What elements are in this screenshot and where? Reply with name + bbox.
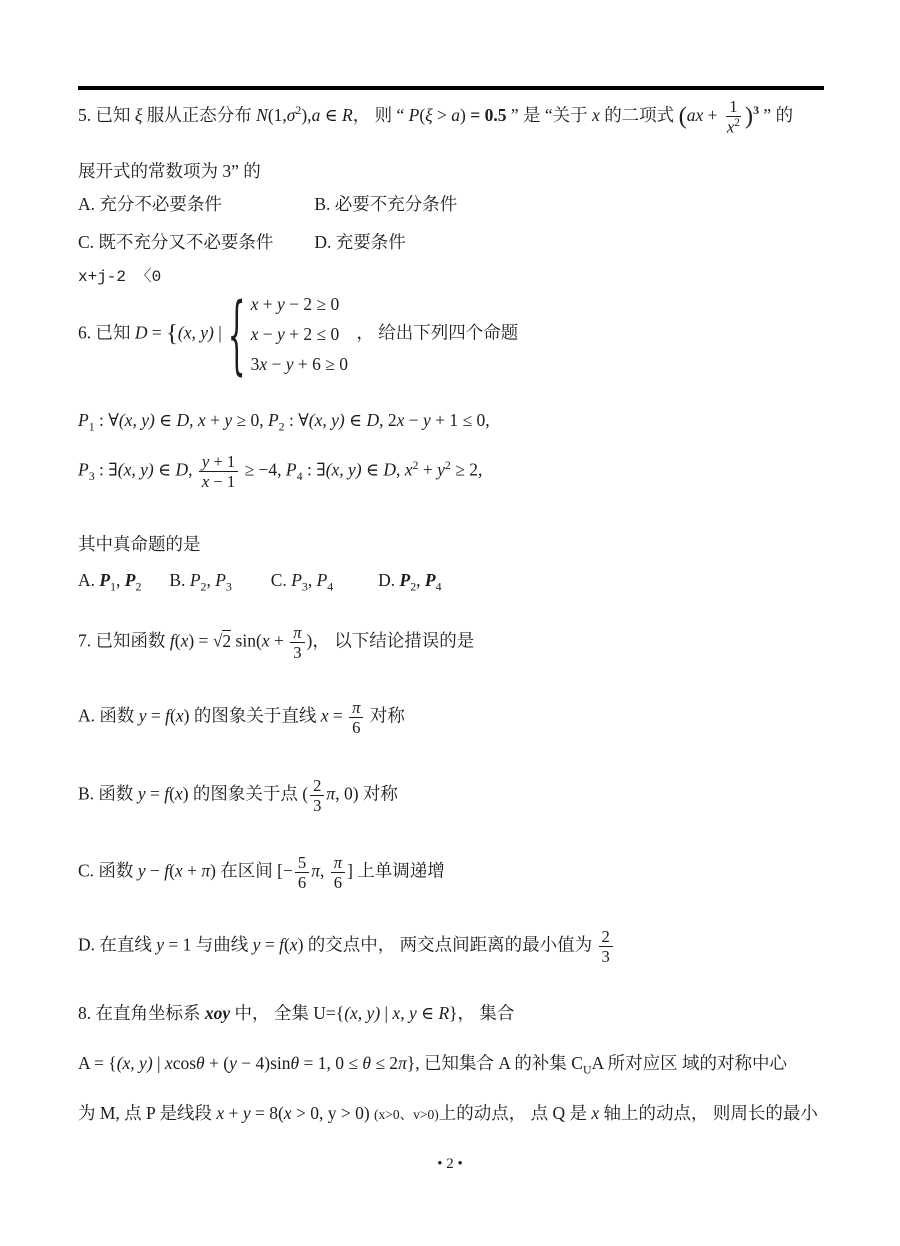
q5-option-b: B. 必要不充分条件 [314,194,457,214]
question-5-line-1: 5. 已知 ξ 服从正态分布 N(1,σ2),a ∈ R， 则 “ P(ξ > … [78,97,793,137]
question-8-line-3: 为 M, 点 P 是线段 x + y = 8(x > 0, y > 0) (x>… [78,1100,818,1125]
question-5-options-row-2: C. 既不充分又不必要条件 D. 充要条件 [78,229,406,254]
q6-option-b: B. P2, P3 [169,570,266,595]
question-8-line-2: A = {(x, y) | xcosθ + (y − 4)sinθ = 1, 0… [78,1050,787,1078]
q6-option-a: A. P1, P2 [78,570,165,595]
exam-page: 5. 已知 ξ 服从正态分布 N(1,σ2),a ∈ R， 则 “ P(ξ > … [0,0,900,1246]
question-5-line-2: 展开式的常数项为 3” 的 [78,158,261,183]
q7-option-d: D. 在直线 y = 1 与曲线 y = f(x) 的交点中， 两交点间距离的最… [78,927,615,966]
question-5-options-row-1: A. 充分不必要条件 B. 必要不充分条件 [78,191,457,216]
q5-option-a: A. 充分不必要条件 [78,191,310,216]
q6-prompt: 其中真命题的是 [78,531,201,556]
top-rule [78,86,824,90]
q7-option-b: B. 函数 y = f(x) 的图象关于点 (23π, 0) 对称 [78,776,398,815]
q6-option-d: D. P2, P4 [378,570,441,590]
question-6-line: 6. 已知 D = {(x, y) |{x + y − 2 ≥ 0x − y +… [78,294,518,375]
stray-inequality: x+j-2 〈0 [78,263,161,286]
q6-propositions-line-1: P1 : ∀(x, y) ∈ D, x + y ≥ 0, P2 : ∀(x, y… [78,410,490,435]
question-8-line-1: 8. 在直角坐标系 xoy 中， 全集 U={(x, y) | x, y ∈ R… [78,1000,514,1025]
q6-option-c: C. P3, P4 [271,570,374,595]
page-number: • 2 • [0,1156,900,1173]
q7-option-c: C. 函数 y − f(x + π) 在区间 [−56π, π6] 上单调递增 [78,853,445,892]
question-7-line: 7. 已知函数 f(x) = √2 sin(x + π3)， 以下结论措误的是 [78,623,474,662]
q5-option-c: C. 既不充分又不必要条件 [78,229,310,254]
q6-options-row: A. P1, P2 B. P2, P3 C. P3, P4 D. P2, P4 [78,570,442,595]
q7-option-a: A. 函数 y = f(x) 的图象关于直线 x = π6 对称 [78,698,405,737]
q5-option-d: D. 充要条件 [314,232,405,252]
q6-propositions-line-2: P3 : ∃(x, y) ∈ D, y + 1x − 1 ≥ −4, P4 : … [78,452,482,491]
